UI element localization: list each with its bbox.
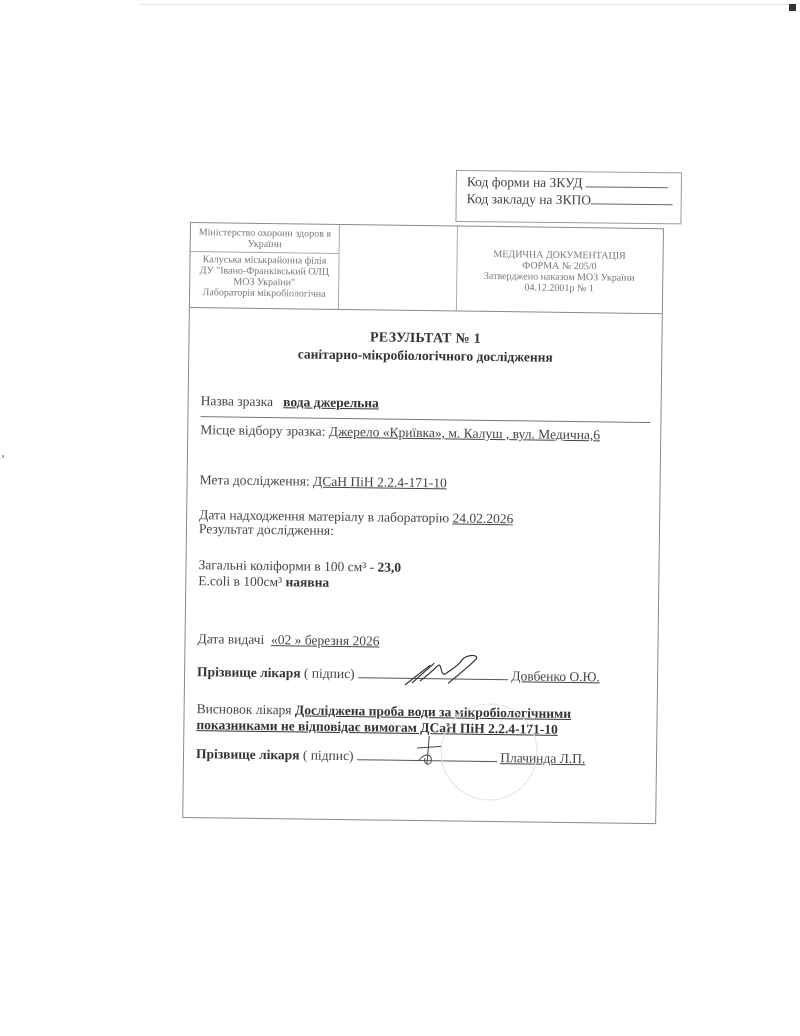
form-code-label: Код форми на ЗКУД xyxy=(467,174,583,190)
sampling-place-value: Джерело «Криївка», м. Калуш , вул. Медич… xyxy=(329,424,600,443)
sample-name-row: Назва зразка вода джерельна xyxy=(201,393,379,411)
institution-code-label: Код закладу на ЗКПО xyxy=(467,191,592,207)
doctor2-label-sign: ( підпис) xyxy=(299,747,353,763)
scan-edge-line xyxy=(140,4,790,5)
institution-code-field xyxy=(591,191,673,205)
registry-code-box: Код форми на ЗКУД Код закладу на ЗКПО xyxy=(455,170,682,224)
issue-date-row: Дата видачі «02 » березня 2026 xyxy=(197,631,379,649)
scan-speck xyxy=(2,455,4,458)
issue-date-value: «02 » березня 2026 xyxy=(271,632,380,648)
conclusion-label: Висновок лікаря xyxy=(197,701,292,717)
faded-stamp xyxy=(433,696,544,807)
ecoli-value: наявна xyxy=(285,574,329,590)
doctor1-label: Прізвище лікаря xyxy=(197,664,301,680)
sample-name-label: Назва зразка xyxy=(201,393,274,409)
form-info-cell: МЕДИЧНА ДОКУМЕНТАЦІЯ ФОРМА № 205/0 Затве… xyxy=(456,248,663,295)
institution-cell: Міністерство охорони здоров я України Ка… xyxy=(190,223,340,309)
result-form: Міністерство охорони здоров я України Ка… xyxy=(182,222,664,824)
doctor2-label: Прізвище лікаря xyxy=(196,746,300,762)
ecoli-label: E.coli в 100см³ xyxy=(198,573,282,589)
institution-name: Калуська міськрайонна філія ДУ "Івано-Фр… xyxy=(194,254,334,289)
purpose-label: Мета дослідження: xyxy=(200,472,310,488)
doctor1-row: Прізвище лікаря ( підпис) Довбенко О.Ю. xyxy=(197,663,600,685)
ministry-name: Міністерство охорони здоров я України xyxy=(191,223,339,254)
purpose-row: Мета дослідження: ДСаН ПіН 2.2.4-171-10 xyxy=(200,472,447,491)
laboratory-name: Лабораторія мікробіологічна xyxy=(194,287,334,300)
doctor1-name: Довбенко О.Ю. xyxy=(511,668,600,684)
doctor1-label-sign: ( підпис) xyxy=(300,665,354,681)
purpose-value: ДСаН ПіН 2.2.4-171-10 xyxy=(313,474,447,491)
stamp-cell xyxy=(338,225,458,311)
sampling-place-label: Місце відбору зразка: xyxy=(200,422,325,439)
sampling-place-row: Місце відбору зразка: Джерело «Криївка»,… xyxy=(200,422,600,443)
received-value: 24.02.2026 xyxy=(452,510,513,526)
page-title: РЕЗУЛЬТАТ № 1 санітарно-мікробіологічног… xyxy=(189,327,661,367)
issue-date-label: Дата видачі xyxy=(197,631,264,647)
coliforms-value: 23,0 xyxy=(377,559,401,574)
coliforms-label: Загальні коліформи в 100 см³ - xyxy=(198,557,374,574)
doctor1-signature xyxy=(400,651,491,692)
divider xyxy=(200,416,650,423)
form-header: Міністерство охорони здоров я України Ка… xyxy=(190,223,663,314)
result-label: Результат дослідження: xyxy=(199,521,334,539)
scan-corner-mark xyxy=(789,4,796,11)
ecoli-row: E.coli в 100см³ наявна xyxy=(198,573,329,591)
sample-name-value: вода джерельна xyxy=(283,394,379,410)
form-code-field xyxy=(586,174,668,188)
